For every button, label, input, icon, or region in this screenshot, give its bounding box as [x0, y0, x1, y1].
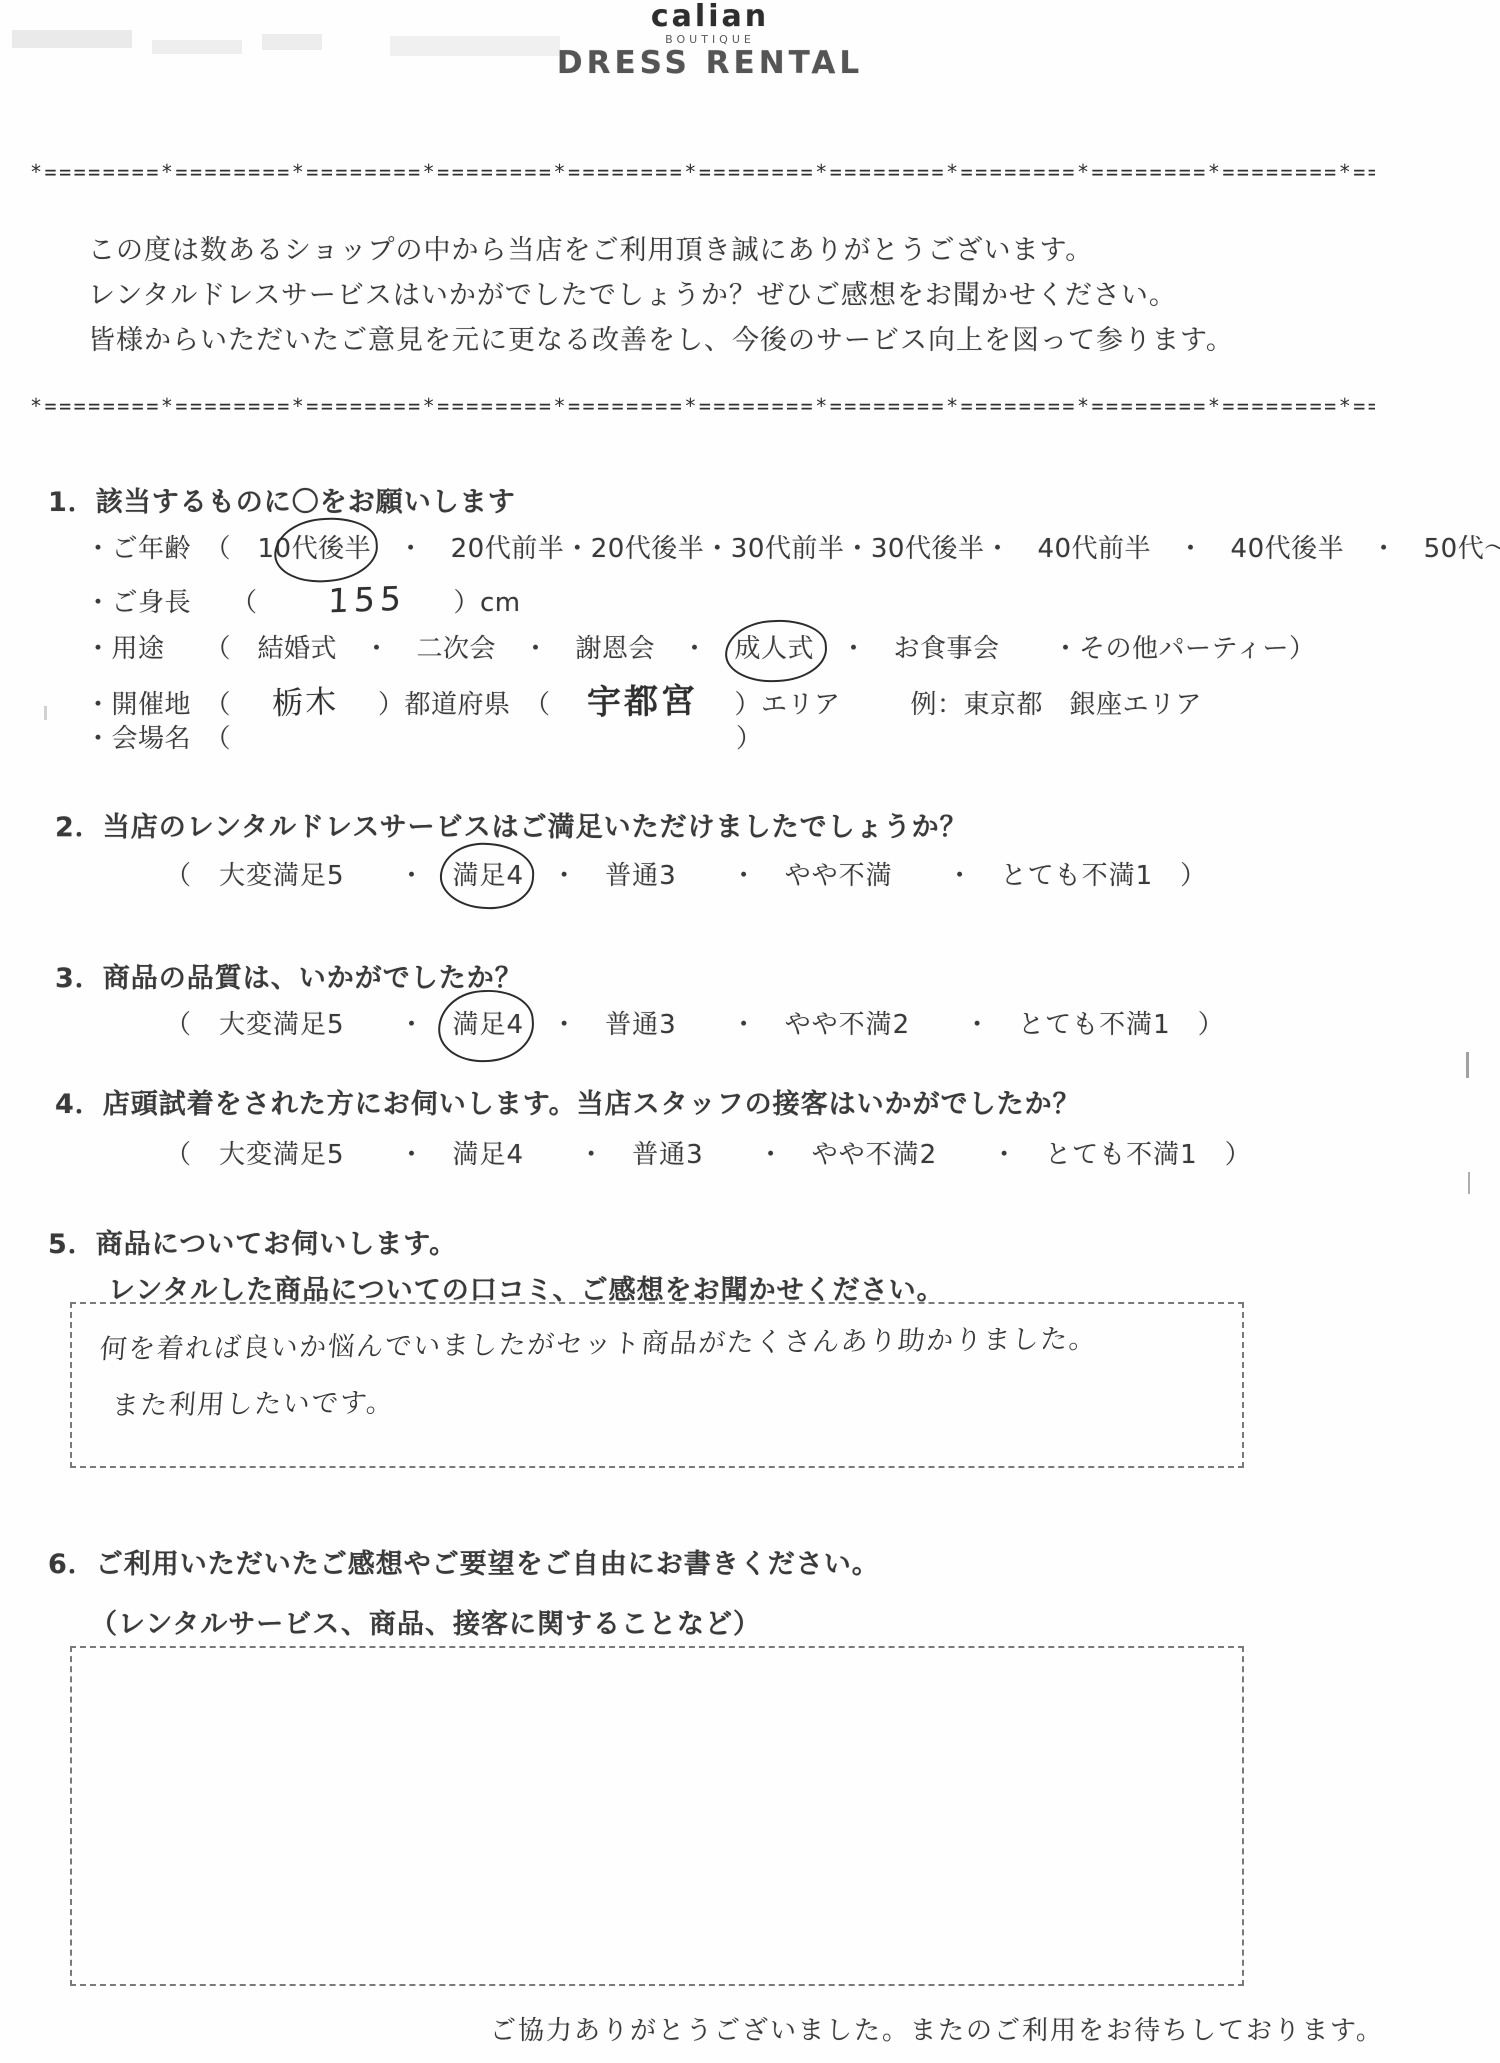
q1-venue-close: ）: [736, 724, 763, 754]
q1-place-label: ・開催地 （: [85, 690, 258, 720]
q1-age-row: ・ご年齢 （ 10代後半 ・ 20代前半・20代後半・30代前半・30代後半・ …: [85, 528, 1500, 565]
q1-purpose-options-pre: ・用途 （ 結婚式 ・ 二次会 ・ 謝恩会 ・: [85, 634, 735, 664]
q1-purpose-options-post: ・ お食事会 ・その他パーティー）: [814, 634, 1315, 664]
intro-line-1: この度は数あるショップの中から当店をご利用頂き誠にありがとうございます。: [88, 228, 1093, 267]
q1-area-handwritten-value: 宇都宮: [587, 673, 699, 724]
q3-title: 3．商品の品質は、いかがでしたか？: [55, 956, 523, 995]
q6-comment-box: [70, 1646, 1244, 1986]
scanned-survey-page: calian BOUTIQUE DRESS RENTAL *========*=…: [0, 0, 1500, 2063]
q6-title: 6．ご利用いただいたご感想やご要望をご自由にお書きください。: [48, 1542, 880, 1581]
q5-handwritten-comment-line-2: また利用したいです。: [111, 1381, 397, 1423]
footer-thanks-text: ご協力ありがとうございました。またのご利用をお待ちしております。: [490, 2010, 1384, 2047]
q1-age-selected: 10代後半: [258, 534, 372, 564]
q1-title: 1．該当するものに〇をお願いします: [48, 480, 516, 519]
q1-place-handwritten-value: 栃木: [271, 676, 339, 723]
q3-scale-pre: （ 大変満足5 ・: [165, 1010, 453, 1040]
q1-place-mid: ）都道府県 （: [352, 690, 578, 720]
q2-scale-pre: （ 大変満足5 ・: [165, 861, 453, 891]
separator-line-top: *========*========*========*========*===…: [30, 160, 1375, 184]
intro-line-3: 皆様からいただいたご意見を元に更なる改善をし、今後のサービス向上を図って参ります…: [88, 318, 1234, 357]
q6-subtitle: （レンタルサービス、商品、接客に関することなど）: [90, 1602, 761, 1641]
intro-line-2: レンタルドレスサービスはいかがでしたでしょうか？ぜひご感想をお聞かせください。: [88, 273, 1177, 312]
q1-venue-label: ・会場名 （: [85, 724, 231, 754]
scan-artifact: [1466, 1052, 1469, 1078]
q3-scale-post: ・ 普通3 ・ やや不満2 ・ とても不満1 ）: [524, 1010, 1225, 1040]
q4-title: 4．店頭試着をされた方にお伺いします。当店スタッフの接客はいかがでしたか？: [55, 1082, 1081, 1121]
q2-scale-post: ・ 普通3 ・ やや不満 ・ とても不満1 ）: [524, 861, 1207, 891]
q1-height-row: ・ご身長 （155）cm: [85, 580, 521, 619]
separator-line-bottom: *========*========*========*========*===…: [30, 394, 1375, 418]
q1-purpose-row: ・用途 （ 結婚式 ・ 二次会 ・ 謝恩会 ・ 成人式 ・ お食事会 ・その他パ…: [85, 628, 1315, 665]
q1-age-options-pre: ・ご年齢 （: [85, 534, 258, 564]
q1-purpose-selected: 成人式: [735, 634, 815, 664]
q1-height-handwritten-value: 155: [327, 579, 406, 621]
q3-scale-selected: 満足4: [453, 1010, 525, 1040]
q1-height-close: ）cm: [454, 588, 521, 618]
q4-scale-row: （ 大変満足5 ・ 満足4 ・ 普通3 ・ やや不満2 ・ とても不満1 ）: [165, 1134, 1252, 1171]
q2-scale-selected: 満足4: [453, 861, 525, 891]
q1-venue-row: ・会場名 （）: [85, 718, 763, 755]
q1-age-options-post: ・ 20代前半・20代後半・30代前半・30代後半・ 40代前半 ・ 40代後半…: [371, 534, 1500, 564]
q3-scale-row: （ 大変満足5 ・ 満足4 ・ 普通3 ・ やや不満2 ・ とても不満1 ）: [165, 1004, 1225, 1041]
q1-place-row: ・開催地 （ 栃木 ）都道府県 （ 宇都宮 ）エリア例：東京都 銀座エリア: [85, 674, 1202, 723]
q5-title: 5．商品についてお伺いします。: [48, 1222, 457, 1261]
logo: calian BOUTIQUE DRESS RENTAL: [0, 0, 1420, 82]
q1-height-label: ・ご身長 （: [85, 588, 258, 618]
q1-place-post: ）エリア: [708, 690, 841, 720]
page-title: DRESS RENTAL: [0, 46, 1420, 82]
scan-artifact: [1468, 1172, 1470, 1194]
q2-title: 2．当店のレンタルドレスサービスはご満足いただけましたでしょうか？: [55, 805, 968, 844]
scan-artifact: [44, 706, 47, 720]
q2-scale-row: （ 大変満足5 ・ 満足4 ・ 普通3 ・ やや不満 ・ とても不満1 ）: [165, 855, 1207, 892]
q1-place-example: 例：東京都 銀座エリア: [911, 690, 1203, 720]
brand-name: calian: [0, 0, 1420, 33]
